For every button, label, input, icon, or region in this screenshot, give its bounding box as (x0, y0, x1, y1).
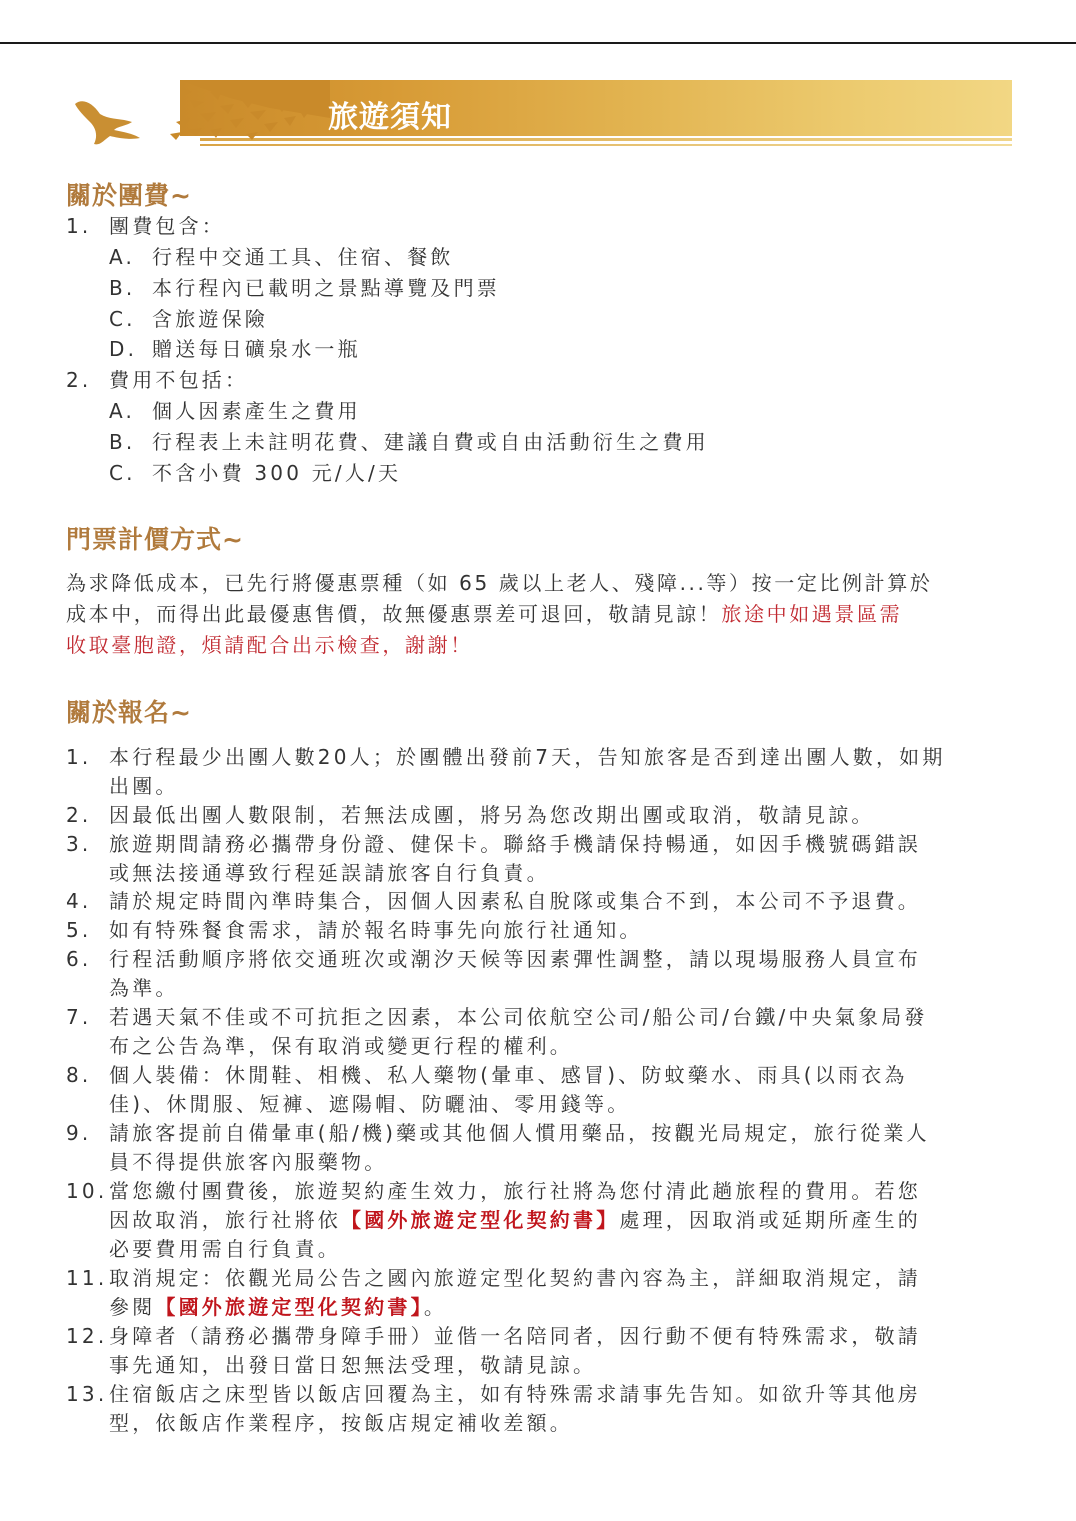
registration-item-text: 因最低出團人數限制，若無法成團，將另為您改期出團或取消，敬請見諒。 (109, 802, 875, 828)
registration-item-text-segment: 參閱 (109, 1295, 155, 1319)
fees-1d-text: 贈送每日礦泉水一瓶 (152, 336, 361, 362)
fees-item-1-number: 1. (66, 213, 91, 239)
fees-1b-text: 本行程內已載明之景點導覽及門票 (152, 275, 500, 301)
fees-1d-letter: D. (109, 336, 137, 362)
registration-item-number: 4. (66, 888, 91, 914)
registration-item-number: 1. (66, 744, 91, 770)
fees-item-2-number: 2. (66, 367, 91, 393)
fees-1c-text: 含旅遊保險 (152, 306, 268, 332)
fees-item-1-text: 團費包含： (109, 213, 225, 239)
ticket-notice-highlight: 旅途中如遇景區需 (721, 602, 902, 626)
fees-1b-letter: B. (109, 275, 135, 301)
fees-1a-letter: A. (109, 244, 135, 270)
registration-item-text: 布之公告為準，保有取消或變更行程的權利。 (109, 1033, 573, 1059)
heading-registration: 關於報名~ (66, 693, 192, 729)
ticket-paragraph-line-2: 成本中，而得出此最優惠售價，故無優惠票差可退回，敬請見諒！旅途中如遇景區需 (66, 601, 902, 627)
registration-item-number: 7. (66, 1004, 91, 1030)
ticket-notice-highlight-line: 收取臺胞證，煩請配合出示檢查，謝謝！ (66, 632, 473, 658)
registration-item-text: 個人裝備：休閒鞋、相機、私人藥物(暈車、感冒)、防蚊藥水、雨具(以雨衣為 (109, 1062, 908, 1088)
registration-item-text: 事先通知，出發日當日恕無法受理，敬請見諒。 (109, 1352, 596, 1378)
registration-item-number: 5. (66, 917, 91, 943)
top-divider (0, 42, 1076, 44)
registration-item-text: 住宿飯店之床型皆以飯店回覆為主，如有特殊需求請事先告知。如欲升等其他房 (109, 1381, 921, 1407)
registration-item-text: 請旅客提前自備暈車(船/機)藥或其他個人慣用藥品，按觀光局規定，旅行從業人 (109, 1120, 930, 1146)
ticket-paragraph-text: 成本中，而得出此最優惠售價，故無優惠票差可退回，敬請見諒！ (66, 602, 721, 626)
registration-item-text: 本行程最少出團人數20人；於團體出發前7天，告知旅客是否到達出團人數，如期 (109, 744, 946, 770)
travel-notice-banner: 旅遊須知 (70, 78, 1014, 150)
fees-2c-text: 不含小費 300 元/人/天 (152, 460, 401, 486)
registration-item-text: 或無法接通導致行程延誤請旅客自行負責。 (109, 860, 550, 886)
registration-item-number: 9. (66, 1120, 91, 1146)
registration-item-text: 行程活動順序將依交通班次或潮汐天候等因素彈性調整，請以現場服務人員宣布 (109, 946, 921, 972)
registration-item-text: 因故取消，旅行社將依【國外旅遊定型化契約書】處理，因取消或延期所產生的 (109, 1207, 921, 1233)
registration-item-text-segment: 處理，因取消或延期所產生的 (619, 1208, 921, 1232)
fees-1a-text: 行程中交通工具、住宿、餐飲 (152, 244, 454, 270)
registration-item-text: 若遇天氣不佳或不可抗拒之因素，本公司依航空公司/船公司/台鐵/中央氣象局發 (109, 1004, 928, 1030)
heading-ticket-pricing: 門票計價方式~ (66, 520, 244, 556)
registration-item-number: 3. (66, 831, 91, 857)
registration-item-number: 10. (66, 1178, 107, 1204)
registration-item-number: 8. (66, 1062, 91, 1088)
registration-item-text: 出團。 (109, 773, 179, 799)
fees-2b-letter: B. (109, 429, 135, 455)
ticket-paragraph-line-1: 為求降低成本，已先行將優惠票種（如 65 歲以上老人、殘障...等）按一定比例計… (66, 570, 932, 596)
fees-2a-letter: A. (109, 398, 135, 424)
registration-item-text: 身障者（請務必攜帶身障手冊）並偕一名陪同者，因行動不便有特殊需求，敬請 (109, 1323, 921, 1349)
registration-item-number: 2. (66, 802, 91, 828)
contract-reference-link[interactable]: 【國外旅遊定型化契約書】 (155, 1295, 423, 1319)
registration-item-text: 如有特殊餐食需求，請於報名時事先向旅行社通知。 (109, 917, 643, 943)
registration-item-number: 12. (66, 1323, 107, 1349)
registration-item-text: 旅遊期間請務必攜帶身份證、健保卡。聯絡手機請保持暢通，如因手機號碼錯誤 (109, 831, 921, 857)
registration-item-text: 必要費用需自行負責。 (109, 1236, 341, 1262)
registration-item-text: 佳)、休閒服、短褲、遮陽帽、防曬油、零用錢等。 (109, 1091, 630, 1117)
fees-2a-text: 個人因素產生之費用 (152, 398, 361, 424)
banner-title: 旅遊須知 (328, 92, 452, 136)
registration-item-text: 型，依飯店作業程序，按飯店規定補收差額。 (109, 1410, 573, 1436)
registration-item-number: 13. (66, 1381, 107, 1407)
registration-item-text: 員不得提供旅客內服藥物。 (109, 1149, 387, 1175)
registration-item-text-segment: 因故取消，旅行社將依 (109, 1208, 341, 1232)
fees-item-2-text: 費用不包括： (109, 367, 248, 393)
registration-item-text: 取消規定：依觀光局公告之國內旅遊定型化契約書內容為主，詳細取消規定，請 (109, 1265, 921, 1291)
fees-2b-text: 行程表上未註明花費、建議自費或自由活動衍生之費用 (152, 429, 709, 455)
heading-fees: 關於團費~ (66, 176, 192, 212)
fees-2c-letter: C. (109, 460, 136, 486)
contract-reference-link[interactable]: 【國外旅遊定型化契約書】 (341, 1208, 619, 1232)
registration-item-text: 請於規定時間內準時集合，因個人因素私自脫隊或集合不到，本公司不予退費。 (109, 888, 921, 914)
bird-logo-icon (70, 78, 330, 150)
registration-item-text: 參閱【國外旅遊定型化契約書】。 (109, 1294, 447, 1320)
registration-item-number: 6. (66, 946, 91, 972)
registration-item-text: 為準。 (109, 975, 179, 1001)
registration-item-number: 11. (66, 1265, 107, 1291)
registration-item-text-segment: 。 (424, 1295, 447, 1319)
fees-1c-letter: C. (109, 306, 136, 332)
registration-item-text: 當您繳付團費後，旅遊契約產生效力，旅行社將為您付清此趟旅程的費用。若您 (109, 1178, 921, 1204)
